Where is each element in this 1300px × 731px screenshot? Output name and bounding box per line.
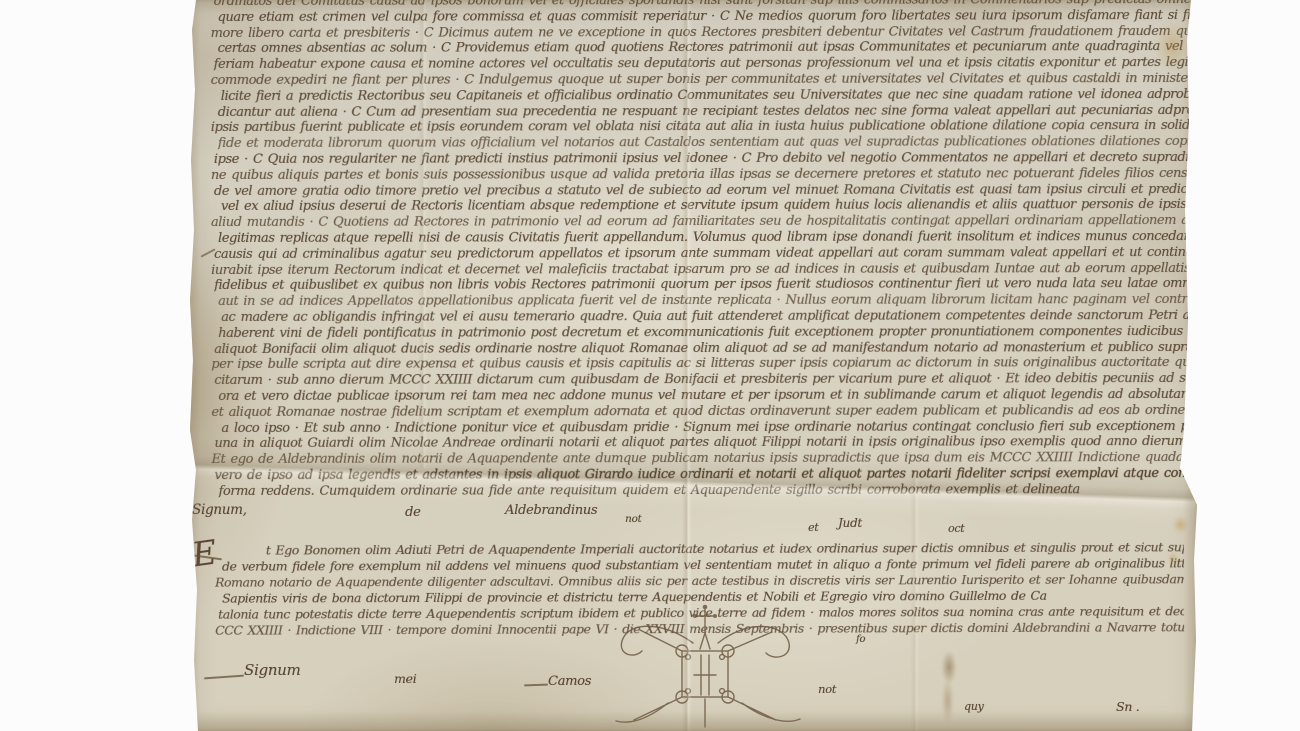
signature-signum-bottom: Signum	[244, 661, 300, 679]
text-line: forma reddens. Cumquidem ordinarie sua f…	[218, 482, 1190, 500]
signature-not-mid: not	[625, 513, 641, 525]
scatter-word-judt: Judt	[838, 516, 862, 530]
stain	[1173, 516, 1188, 533]
scatter-word-oct: oct	[948, 522, 964, 535]
notary-sign	[608, 603, 808, 729]
parchment-sheet: ordinatos del Comitatus causa ad ipsos b…	[188, 0, 1197, 731]
signature-signum-mid: Signum,	[192, 502, 247, 518]
main-text-block: ordinatos del Comitatus causa ad ipsos b…	[213, 0, 1190, 500]
not-annotation: not	[818, 682, 836, 696]
camos-flourish	[524, 684, 548, 687]
signature-mei: mei	[394, 671, 416, 686]
fo-mark: fo	[856, 634, 865, 645]
stain	[936, 642, 962, 726]
signature-camos: Camos	[548, 674, 591, 689]
signum-flourish	[204, 675, 244, 680]
sn-annotation: Sn .	[1116, 699, 1139, 714]
scatter-word-et: et	[808, 521, 818, 534]
signature-name: Aldebrandinus	[505, 503, 597, 518]
quy-annotation: quy	[964, 700, 983, 713]
manuscript-photo: ordinatos del Comitatus causa ad ipsos b…	[0, 0, 1300, 731]
paragraph-initial: E	[189, 532, 219, 575]
signature-de: de	[405, 505, 420, 520]
